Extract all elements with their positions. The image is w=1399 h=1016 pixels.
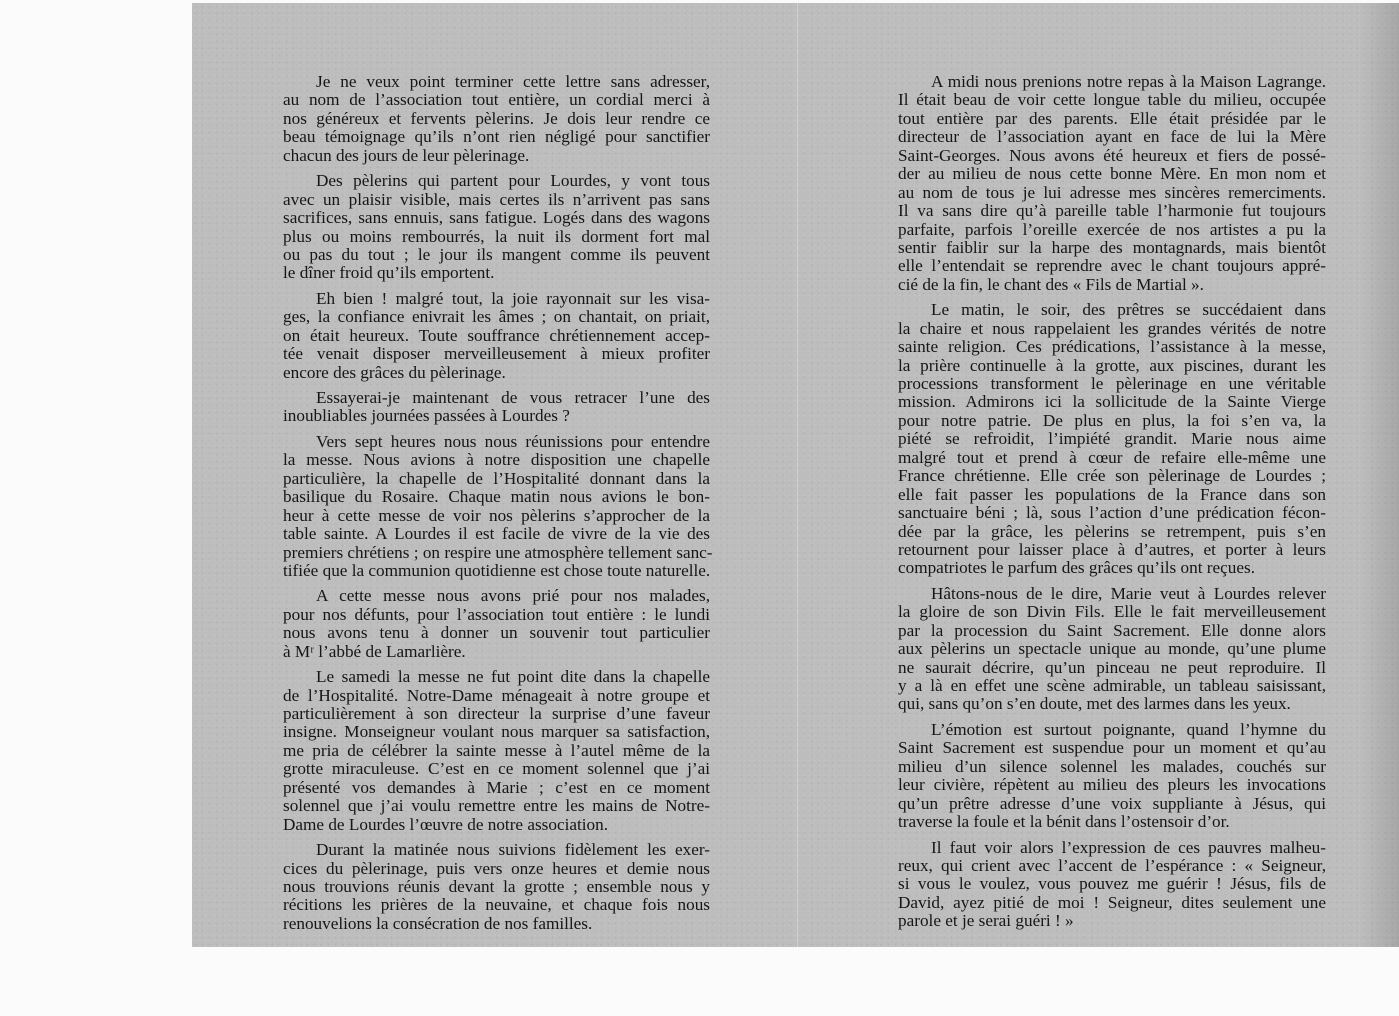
text-line: Le samedi la messe ne fut point dite dan… <box>283 668 710 686</box>
text-line: table sainte. A Lourdes il est facile de… <box>283 525 710 543</box>
text-line: basilique du Rosaire. Chaque matin nous … <box>283 488 710 506</box>
text-line: traverse la foule et la bénit dans l’ost… <box>898 813 1326 831</box>
text-line: présenté vos demandes à Marie ; c’est en… <box>283 779 710 797</box>
right-page-text: A midi nous prenions notre repas à la Ma… <box>898 73 1326 931</box>
paragraph: Hâtons-nous de le dire, Marie veut à Lou… <box>898 585 1326 714</box>
text-line: Il faut voir alors l’expression de ces p… <box>898 839 1326 857</box>
text-line: le dîner froid qu’ils emportent. <box>283 264 710 282</box>
text-line: compatriotes le parfum des grâces qu’ils… <box>898 559 1326 577</box>
text-line: au nom de l’association tout entière, un… <box>283 91 710 109</box>
text-line: Durant la matinée nous suivions fidèleme… <box>283 841 710 859</box>
paragraph: Essayerai-je maintenant de vous retracer… <box>283 389 710 426</box>
text-line: pour notre patrie. De plus en plus, la f… <box>898 412 1326 430</box>
text-line: David, ayez pitié de moi ! Seigneur, dit… <box>898 894 1326 912</box>
page-fold-line <box>797 3 798 947</box>
text-line: sainte religion. Ces prédications, l’ass… <box>898 338 1326 356</box>
text-line: plus ou moins rembourrés, la nuit ils do… <box>283 228 710 246</box>
text-line: particulière, la chapelle de l’Hospitali… <box>283 470 710 488</box>
text-line: Des pèlerins qui partent pour Lourdes, y… <box>283 172 710 190</box>
text-line: on était heureux. Toute souffrance chrét… <box>283 327 710 345</box>
text-line: der au milieu de nous cette bonne Mère. … <box>898 165 1326 183</box>
text-line: milieu d’un silence solennel les malades… <box>898 758 1326 776</box>
paragraph: Le matin, le soir, des prêtres se succéd… <box>898 301 1326 578</box>
text-line: me pria de célébrer la sainte messe à l’… <box>283 742 710 760</box>
text-line: dée par la grâce, les pèlerins se retrem… <box>898 523 1326 541</box>
text-line: reux, qui crient avec l’accent de l’espé… <box>898 857 1326 875</box>
paragraph: Eh bien ! malgré tout, la joie rayonnait… <box>283 290 710 382</box>
text-line: Il était beau de voir cette longue table… <box>898 91 1326 109</box>
text-line: retournent pour laisser place à d’autres… <box>898 541 1326 559</box>
left-page-text: Je ne veux point terminer cette lettre s… <box>283 73 710 933</box>
text-line: tée venait disposer merveilleusement à m… <box>283 345 710 363</box>
text-line: par la procession du Saint Sacrement. El… <box>898 622 1326 640</box>
paragraph: Vers sept heures nous nous réunissions p… <box>283 433 710 581</box>
text-line: sanctuaire béni ; là, sous l’action d’un… <box>898 504 1326 522</box>
text-line: A midi nous prenions notre repas à la Ma… <box>898 73 1326 91</box>
paragraph: L’émotion est surtout poignante, quand l… <box>898 721 1326 832</box>
text-line: tifiée que la communion quotidienne est … <box>283 562 710 580</box>
text-line: inoubliables journées passées à Lourdes … <box>283 407 710 425</box>
text-line: Dame de Lourdes l’œuvre de notre associa… <box>283 816 710 834</box>
text-line: L’émotion est surtout poignante, quand l… <box>898 721 1326 739</box>
paragraph: Je ne veux point terminer cette lettre s… <box>283 73 710 165</box>
text-line: cié de la fin, le chant des « Fils de Ma… <box>898 276 1326 294</box>
paragraph: Il faut voir alors l’expression de ces p… <box>898 839 1326 931</box>
text-line: grotte miraculeuse. C’est en ce moment s… <box>283 760 710 778</box>
text-line: Saint-Georges. Nous avons été heureux et… <box>898 147 1326 165</box>
text-line: Il va sans dire qu’à pareille table l’ha… <box>898 202 1326 220</box>
text-line: nous trouvions réunis devant la grotte ;… <box>283 878 710 896</box>
text-line: directeur de l’association ayant en face… <box>898 128 1326 146</box>
text-line: Eh bien ! malgré tout, la joie rayonnait… <box>283 290 710 308</box>
text-line: encore des grâces du pèlerinage. <box>283 364 710 382</box>
text-line: pour nos défunts, pour l’association tou… <box>283 606 710 624</box>
text-line: heur à cette messe de voir nos pèlerins … <box>283 507 710 525</box>
text-line: sacrifices, sans ennuis, sans fatigue. L… <box>283 209 710 227</box>
text-line: leur civière, répètent au milieu des ple… <box>898 776 1326 794</box>
text-line: ges, la confiance enivrait les âmes ; on… <box>283 308 710 326</box>
text-line: la gloire de son Divin Fils. Elle le fai… <box>898 603 1326 621</box>
text-line: Hâtons-nous de le dire, Marie veut à Lou… <box>898 585 1326 603</box>
text-line: qui, sans qu’on s’en doute, met des larm… <box>898 695 1326 713</box>
text-line: mission. Admirons ici la sollicitude de … <box>898 393 1326 411</box>
text-line: solennel que j’ai voulu remettre entre l… <box>283 797 710 815</box>
text-line: Je ne veux point terminer cette lettre s… <box>283 73 710 91</box>
text-line: Le matin, le soir, des prêtres se succéd… <box>898 301 1326 319</box>
text-line: elle fait passer les populations de la F… <box>898 486 1326 504</box>
text-line: la chaire et nous rappelaient les grande… <box>898 320 1326 338</box>
paragraph: A midi nous prenions notre repas à la Ma… <box>898 73 1326 294</box>
text-line: y a là en effet une scène admirable, un … <box>898 677 1326 695</box>
page-edge-shadow <box>1359 3 1399 947</box>
text-line: récitions les prières de la neuvaine, et… <box>283 896 710 914</box>
text-line: elle l’entendait se reprendre avec le ch… <box>898 257 1326 275</box>
text-line: parole et je serai guéri ! » <box>898 912 1326 930</box>
paragraph: Durant la matinée nous suivions fidèleme… <box>283 841 710 933</box>
text-line: A cette messe nous avons prié pour nos m… <box>283 587 710 605</box>
paragraph: Le samedi la messe ne fut point dite dan… <box>283 668 710 834</box>
text-line: ne saurait décrire, qu’un pinceau ne peu… <box>898 659 1326 677</box>
text-line: premiers chrétiens ; on respire une atmo… <box>283 544 710 562</box>
text-line: particulièrement à son directeur la surp… <box>283 705 710 723</box>
paragraph: Des pèlerins qui partent pour Lourdes, y… <box>283 172 710 283</box>
text-line: cices du pèlerinage, puis vers onze heur… <box>283 860 710 878</box>
text-line: piété se refroidit, l’impiété grandit. M… <box>898 430 1326 448</box>
paragraph: A cette messe nous avons prié pour nos m… <box>283 587 710 661</box>
text-line: processions transforment le pèlerinage e… <box>898 375 1326 393</box>
text-line: si vous le voulez, vous pouvez me guérir… <box>898 875 1326 893</box>
text-line: avec un plaisir visible, mais certes ils… <box>283 191 710 209</box>
text-line: Saint Sacrement est suspendue pour un mo… <box>898 739 1326 757</box>
text-line: nous avons tenu à donner un souvenir tou… <box>283 624 710 642</box>
text-line: au nom de tous je lui adresse mes sincèr… <box>898 184 1326 202</box>
text-line: renouvelions la consécration de nos fami… <box>283 915 710 933</box>
text-line: nos généreux et fervents pèlerins. Je do… <box>283 110 710 128</box>
text-line: la messe. Nous avions à notre dispositio… <box>283 451 710 469</box>
text-line: Essayerai-je maintenant de vous retracer… <box>283 389 710 407</box>
text-line: aux pèlerins un spectacle unique au mond… <box>898 640 1326 658</box>
text-line: à Mʳ l’abbé de Lamarlière. <box>283 643 710 661</box>
text-line: de l’Hospitalité. Notre-Dame ménageait à… <box>283 687 710 705</box>
text-line: Vers sept heures nous nous réunissions p… <box>283 433 710 451</box>
text-line: ou pas du tout ; le jour ils mangent com… <box>283 246 710 264</box>
text-line: tout entière par des parents. Elle était… <box>898 110 1326 128</box>
text-line: France chrétienne. Elle crée son pèlerin… <box>898 467 1326 485</box>
text-line: chacun des jours de leur pèlerinage. <box>283 147 710 165</box>
text-line: malgré tout et prend à cœur de refaire e… <box>898 449 1326 467</box>
text-line: sentir faiblir sur la harpe des montagna… <box>898 239 1326 257</box>
text-line: qu’un prêtre adresse d’une voix supplian… <box>898 795 1326 813</box>
text-line: beau témoignage qu’ils n’ont rien néglig… <box>283 128 710 146</box>
text-line: insigne. Monseigneur voulant nous marque… <box>283 723 710 741</box>
text-line: la prière continuelle à la grotte, aux p… <box>898 357 1326 375</box>
text-line: parfaite, parfois l’oreille exercée de n… <box>898 221 1326 239</box>
